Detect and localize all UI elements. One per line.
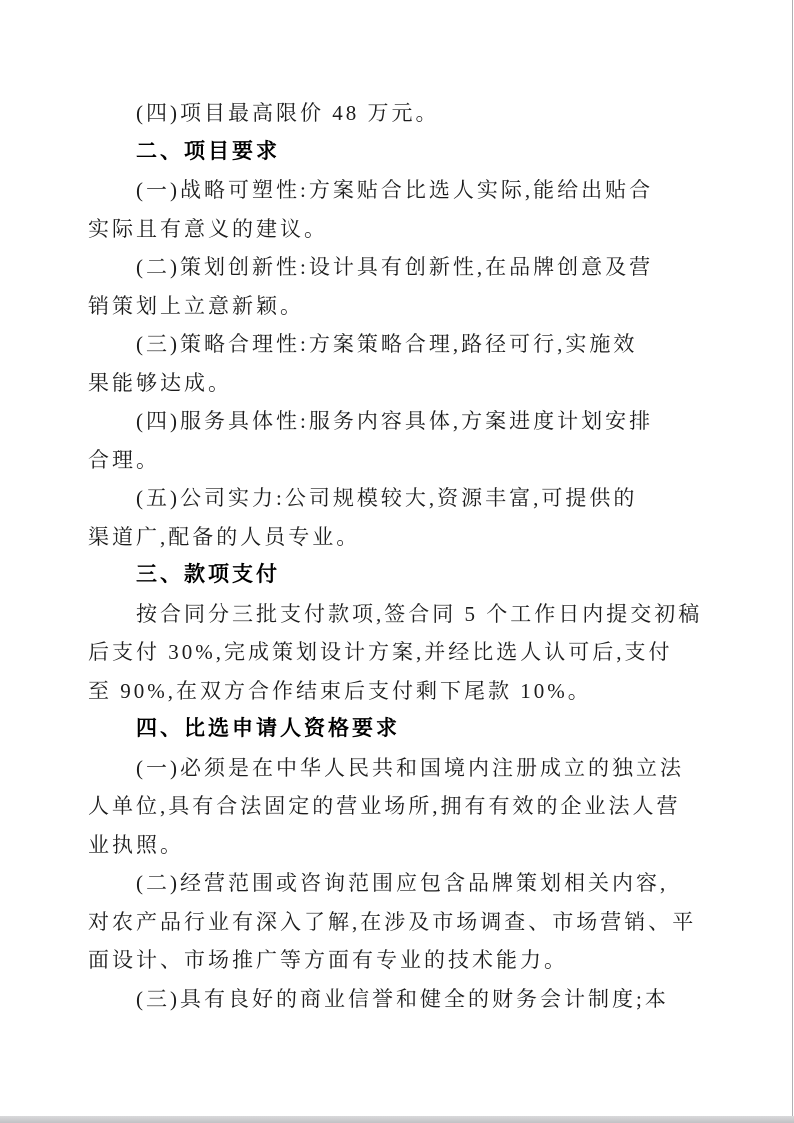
- body-line-qualification-1-1: (一)必须是在中华人民共和国境内注册成立的独立法: [88, 749, 708, 788]
- body-line-strategy-plasticity-2: 实际且有意义的建议。: [88, 210, 708, 249]
- body-line-qualification-3-1: (三)具有良好的商业信誉和健全的财务会计制度;本: [88, 980, 708, 1019]
- body-line-service-specificity-1: (四)服务具体性:服务内容具体,方案进度计划安排: [88, 402, 708, 441]
- body-line-qualification-2-1: (二)经营范围或咨询范围应包含品牌策划相关内容,: [88, 864, 708, 903]
- body-line-planning-innovation-2: 销策划上立意新颖。: [88, 287, 708, 326]
- document-body: (四)项目最高限价 48 万元。 二、项目要求 (一)战略可塑性:方案贴合比选人…: [88, 94, 708, 1018]
- body-line-strategy-rationality-2: 果能够达成。: [88, 364, 708, 403]
- heading-project-requirements: 二、项目要求: [88, 133, 708, 172]
- body-line-qualification-2-2: 对农产品行业有深入了解,在涉及市场调查、市场营销、平: [88, 903, 708, 942]
- body-line-max-price: (四)项目最高限价 48 万元。: [88, 94, 708, 133]
- body-line-qualification-1-2: 人单位,具有合法固定的营业场所,拥有有效的企业法人营: [88, 787, 708, 826]
- body-line-payment-1: 按合同分三批支付款项,签合同 5 个工作日内提交初稿: [88, 595, 708, 634]
- body-line-company-strength-2: 渠道广,配备的人员专业。: [88, 518, 708, 557]
- body-line-planning-innovation-1: (二)策划创新性:设计具有创新性,在品牌创意及营: [88, 248, 708, 287]
- body-line-qualification-2-3: 面设计、市场推广等方面有专业的技术能力。: [88, 941, 708, 980]
- body-line-company-strength-1: (五)公司实力:公司规模较大,资源丰富,可提供的: [88, 479, 708, 518]
- document-page: (四)项目最高限价 48 万元。 二、项目要求 (一)战略可塑性:方案贴合比选人…: [0, 0, 794, 1123]
- heading-applicant-qualifications: 四、比选申请人资格要求: [88, 710, 708, 749]
- body-line-strategy-rationality-1: (三)策略合理性:方案策略合理,路径可行,实施效: [88, 325, 708, 364]
- body-line-payment-2: 后支付 30%,完成策划设计方案,并经比选人认可后,支付: [88, 633, 708, 672]
- page-bottom-shadow: [0, 1116, 794, 1123]
- body-line-qualification-1-3: 业执照。: [88, 826, 708, 865]
- body-line-service-specificity-2: 合理。: [88, 441, 708, 480]
- body-line-strategy-plasticity-1: (一)战略可塑性:方案贴合比选人实际,能给出贴合: [88, 171, 708, 210]
- body-line-payment-3: 至 90%,在双方合作结束后支付剩下尾款 10%。: [88, 672, 708, 711]
- page-right-edge-line: [792, 0, 793, 1123]
- heading-payment-terms: 三、款项支付: [88, 556, 708, 595]
